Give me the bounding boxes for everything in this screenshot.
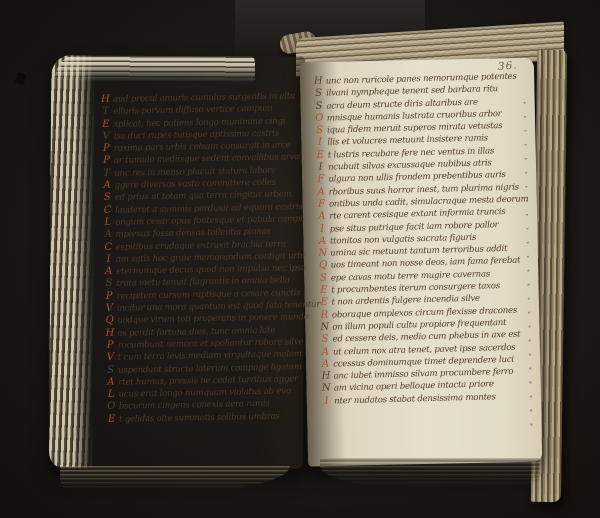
line-initial-letter: H [321, 371, 330, 384]
line-initial-letter: H [101, 94, 110, 106]
line-text: t gelidas alte summotis solibus umbras [119, 411, 280, 424]
line-initial-letter: E [319, 297, 328, 310]
line-initial-letter: E [107, 413, 116, 425]
line-initial-letter: V [105, 303, 114, 315]
line-initial-letter: C [104, 241, 113, 253]
line-initial-letter: S [315, 125, 324, 138]
line-initial-letter: A [102, 180, 111, 192]
line-initial-letter: S [314, 100, 323, 113]
line-initial-letter: S [320, 334, 329, 347]
left-page-edge-stack [49, 55, 95, 467]
line-initial-letter: V [102, 131, 111, 143]
line-text: bscurum cingens conexis aera ramis [119, 399, 270, 412]
left-top-page-edges [55, 55, 255, 82]
line-initial-letter: S [314, 88, 323, 101]
line-initial-letter: I [316, 162, 325, 175]
line-initial-letter: V [106, 352, 115, 364]
line-initial-letter: E [319, 285, 328, 298]
edge-mark [15, 72, 27, 85]
line-initial-letter: N [322, 383, 331, 396]
line-initial-letter: H [105, 327, 114, 339]
line-initial-letter: Q [319, 260, 328, 273]
line-initial-letter: L [103, 217, 112, 229]
line-initial-letter: H [314, 76, 323, 89]
line-initial-letter: F [317, 199, 326, 212]
line-initial-letter: N [320, 322, 329, 335]
verso-text-column: Haud procul amuris cumulus surgentis in … [101, 90, 309, 426]
line-initial-letter: P [102, 143, 111, 155]
line-initial-letter: A [103, 229, 112, 241]
line-text: uodque virum toti properans in ponere mu… [117, 312, 309, 326]
line-initial-letter: S [103, 192, 112, 204]
line-initial-letter: S [106, 364, 115, 376]
bottom-page-edges-right [320, 458, 540, 488]
line-initial-letter: I [315, 137, 324, 150]
line-initial-letter: Q [105, 315, 114, 327]
line-initial-letter: E [316, 149, 325, 162]
line-initial-letter: A [321, 346, 330, 359]
line-text: ongum cesar opus fontesque et pabula cam… [115, 214, 302, 228]
line-initial-letter: E [101, 118, 110, 130]
line-initial-letter: N [318, 248, 327, 261]
line-initial-letter: S [319, 272, 328, 285]
line-initial-letter: C [103, 204, 112, 216]
line-initial-letter: I [322, 395, 331, 408]
line-initial-letter: T [101, 106, 110, 118]
line-initial-letter: I [318, 223, 327, 236]
line-text: mplexus fossa densas tollentia pinnas [115, 227, 270, 240]
line-initial-letter: O [315, 113, 324, 126]
recto-text-column: Hunc non ruricole panes nemorumque poten… [314, 70, 541, 408]
line-initial-letter: P [106, 340, 115, 352]
line-initial-letter: A [317, 211, 326, 224]
line-initial-letter: F [316, 174, 325, 187]
line-initial-letter: A [321, 358, 330, 371]
line-initial-letter: A [318, 235, 327, 248]
line-initial-letter: A [317, 186, 326, 199]
line-initial-letter: T [102, 168, 111, 180]
line-initial-letter: O [107, 401, 116, 413]
line-initial-letter: P [102, 155, 111, 167]
line-initial-letter: L [106, 389, 115, 401]
line-initial-letter: S [104, 278, 113, 290]
line-initial-letter: A [104, 266, 113, 278]
manuscript-photo: 36. Haud procul amuris cumulus surgentis… [0, 0, 600, 518]
line-initial-letter: I [104, 254, 113, 266]
line-text: elluris parvum diffuso vertice campum [113, 104, 273, 117]
line-initial-letter: P [105, 291, 114, 303]
line-initial-letter: A [106, 377, 115, 389]
line-initial-letter: R [320, 309, 329, 322]
bottom-page-edges-left [60, 466, 290, 492]
